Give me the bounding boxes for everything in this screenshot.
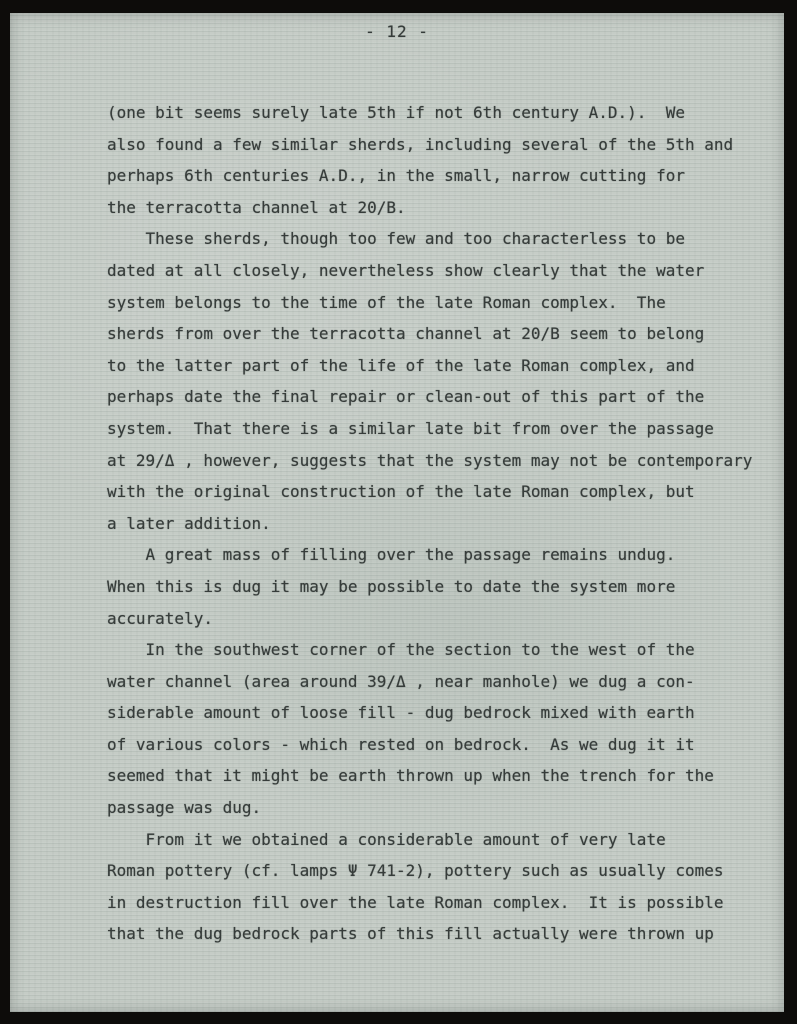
paragraph: A great mass of filling over the passage… [107,539,777,634]
scanned-page: - 12 - (one bit seems surely late 5th if… [10,13,784,1012]
paragraph: (one bit seems surely late 5th if not 6t… [107,97,777,223]
paragraph: These sherds, though too few and too cha… [107,223,777,539]
paragraph: From it we obtained a considerable amoun… [107,824,777,950]
page-body: (one bit seems surely late 5th if not 6t… [107,97,777,950]
page-number: - 12 - [10,22,784,41]
paragraph: In the southwest corner of the section t… [107,634,777,824]
